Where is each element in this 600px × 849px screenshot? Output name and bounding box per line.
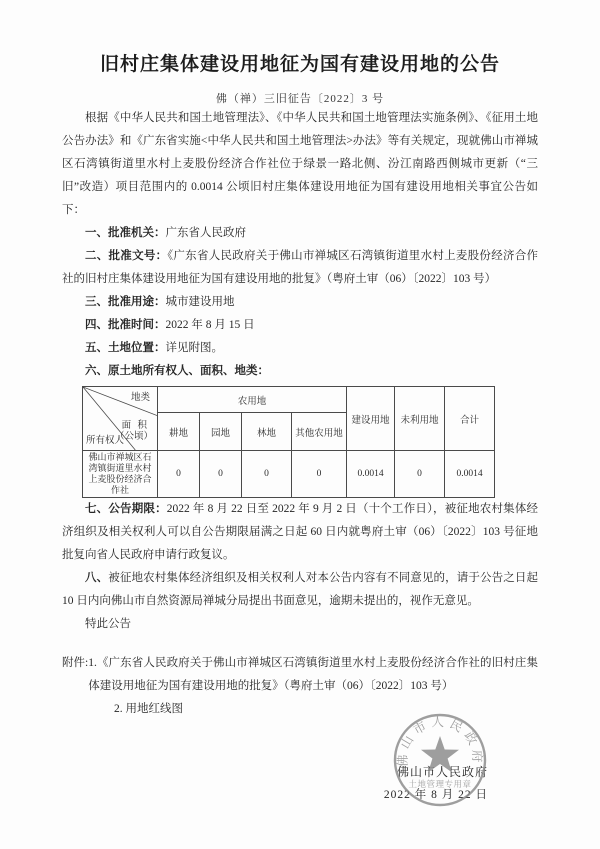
land-class-table: 地类 面 积 （公顷） 所有权人 农用地 建设用地 未利用地 合计 耕地 园地 … — [82, 386, 495, 498]
cell-owner-name: 佛山市禅城区石湾镇街道里水村上麦股份经济合作社 — [83, 451, 158, 498]
item-label: 七、公告期限： — [85, 503, 167, 515]
intro-paragraph: 根据《中华人民共和国土地管理法》、《中华人民共和国土地管理法实施条例》、《征用土… — [62, 107, 538, 222]
item-value: 广东省人民政府 — [166, 227, 247, 239]
issue-date: 2022 年 8 月 22 日 — [62, 784, 488, 807]
item-label: 二、批准文号： — [85, 250, 167, 262]
item-owner-area-class: 六、原土地所有权人、面积、地类： — [62, 360, 538, 383]
header-total: 合计 — [445, 387, 495, 451]
doc-number: 佛（禅）三旧征告〔2022〕3 号 — [62, 91, 538, 107]
header-cultivated-land: 耕地 — [158, 413, 200, 451]
signature-block: 佛山市人民政府 2022 年 8 月 22 日 — [62, 761, 538, 807]
item-approved-use: 三、批准用途：城市建设用地 — [62, 291, 538, 314]
sendoff-line: 特此公告 — [62, 613, 538, 636]
header-construction-land: 建设用地 — [347, 387, 395, 451]
item-value: 被征地农村集体经济组织及相关权利人对本公告内容有不同意见的，请于公告之日起 10… — [62, 572, 538, 607]
page-content: 旧村庄集体建设用地征为国有建设用地的公告 佛（禅）三旧征告〔2022〕3 号 根… — [0, 0, 600, 807]
announcement-page: 旧村庄集体建设用地征为国有建设用地的公告 佛（禅）三旧征告〔2022〕3 号 根… — [0, 0, 600, 849]
cell-total: 0.0014 — [445, 451, 495, 498]
table-row: 佛山市禅城区石湾镇街道里水村上麦股份经济合作社 0 0 0 0 0.0014 0… — [83, 451, 495, 498]
attachment-item-2: 2. 用地红线图 — [114, 698, 538, 721]
cell-other-agri: 0 — [292, 451, 347, 498]
item-label: 五、土地位置： — [85, 342, 166, 354]
item-approval-authority: 一、批准机关：广东省人民政府 — [62, 222, 538, 245]
header-garden-land: 园地 — [200, 413, 242, 451]
item-approval-date: 四、批准时间：2022 年 8 月 15 日 — [62, 314, 538, 337]
attachments-block: 附件: 1.《广东省人民政府关于佛山市禅城区石湾镇街道里水村上麦股份经济合作社的… — [62, 652, 538, 721]
item-land-location: 五、土地位置：详见附图。 — [62, 337, 538, 360]
item-objection-notice: 八、被征地农村集体经济组织及相关权利人对本公告内容有不同意见的，请于公告之日起 … — [62, 567, 538, 613]
item-value: 详见附图。 — [166, 342, 224, 354]
item-value: 城市建设用地 — [166, 296, 235, 308]
cell-unused: 0 — [395, 451, 445, 498]
item-approval-docno: 二、批准文号：《广东省人民政府关于佛山市禅城区石湾镇街道里水村上麦股份经济合作社… — [62, 245, 538, 291]
item-label: 六、原土地所有权人、面积、地类： — [85, 365, 269, 377]
attachment-row: 附件: 1.《广东省人民政府关于佛山市禅城区石湾镇街道里水村上麦股份经济合作社的… — [62, 652, 538, 698]
item-label: 四、批准时间： — [85, 319, 166, 331]
item-value: 2022 年 8 月 15 日 — [166, 319, 255, 331]
attachment-item-1: 1.《广东省人民政府关于佛山市禅城区石湾镇街道里水村上麦股份经济合作社的旧村庄集… — [88, 652, 538, 698]
item-label: 三、批准用途： — [85, 296, 166, 308]
cell-forest: 0 — [242, 451, 292, 498]
item-label: 一、批准机关： — [85, 227, 166, 239]
cell-garden: 0 — [200, 451, 242, 498]
corner-owner-label: 所有权人 — [86, 432, 124, 446]
table-corner-cell: 地类 面 积 （公顷） 所有权人 — [83, 387, 158, 451]
header-agricultural-land: 农用地 — [158, 387, 347, 413]
issuer-name: 佛山市人民政府 — [62, 761, 488, 784]
header-unused-land: 未利用地 — [395, 387, 445, 451]
cell-cultivated: 0 — [158, 451, 200, 498]
header-forest-land: 林地 — [242, 413, 292, 451]
item-announcement-period: 七、公告期限：2022 年 8 月 22 日至 2022 年 9 月 2 日（十… — [62, 498, 538, 567]
cell-construction: 0.0014 — [347, 451, 395, 498]
item-label: 八、 — [85, 572, 108, 584]
header-other-agri-land: 其他农用地 — [292, 413, 347, 451]
page-title: 旧村庄集体建设用地征为国有建设用地的公告 — [62, 50, 538, 80]
corner-land-class-label: 地类 — [131, 389, 150, 403]
attachments-label: 附件: — [62, 652, 88, 698]
